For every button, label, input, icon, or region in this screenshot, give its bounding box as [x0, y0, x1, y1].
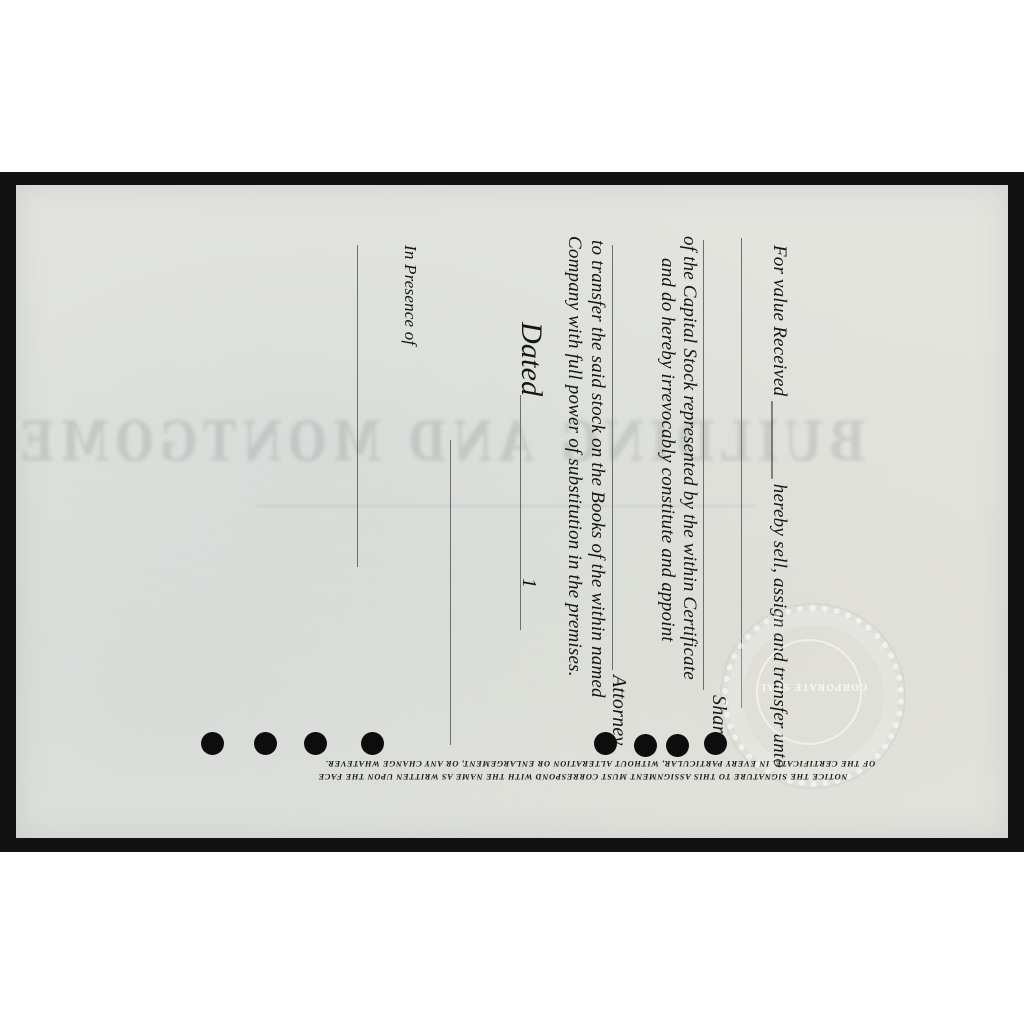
punch-hole: [704, 732, 727, 755]
punch-hole: [666, 734, 689, 757]
punch-hole: [254, 732, 277, 755]
punch-hole: [634, 734, 657, 757]
signature-line-dated: [520, 395, 521, 630]
assignment-line-appoint: and do hereby irrevocably constitute and…: [656, 258, 678, 642]
punch-hole: [594, 732, 617, 755]
signature-line-attorney: [612, 245, 613, 670]
signature-line-owner: [450, 440, 451, 745]
witness-label: In Presence of: [400, 245, 420, 345]
punch-hole: [361, 732, 384, 755]
notice-line-2: OF THE CERTIFICATE, IN EVERY PARTICULAR,…: [325, 759, 875, 769]
seal-inner-ring: [756, 639, 862, 745]
dated-label: Dated: [514, 322, 548, 396]
dated-year-prefix: 1: [517, 578, 540, 588]
assignment-line-capital: of the Capital Stock represented by the …: [678, 236, 700, 680]
bleed-through-title: BUILDING AND MONTGOMERY RAILROAD COMPANY: [86, 411, 866, 475]
signature-line-witness: [357, 245, 358, 567]
punch-hole: [304, 732, 327, 755]
assignment-line-company: Company with full power of substitution …: [563, 236, 585, 677]
signature-line-shares: [703, 240, 704, 690]
punch-hole: [201, 732, 224, 755]
assignment-line-transfer: to transfer the said stock on the Books …: [586, 240, 608, 698]
notice-line-1: NOTICE THE SIGNATURE TO THIS ASSIGNMENT …: [318, 772, 847, 782]
seal-text: CORPORATE SEAL: [746, 681, 880, 691]
